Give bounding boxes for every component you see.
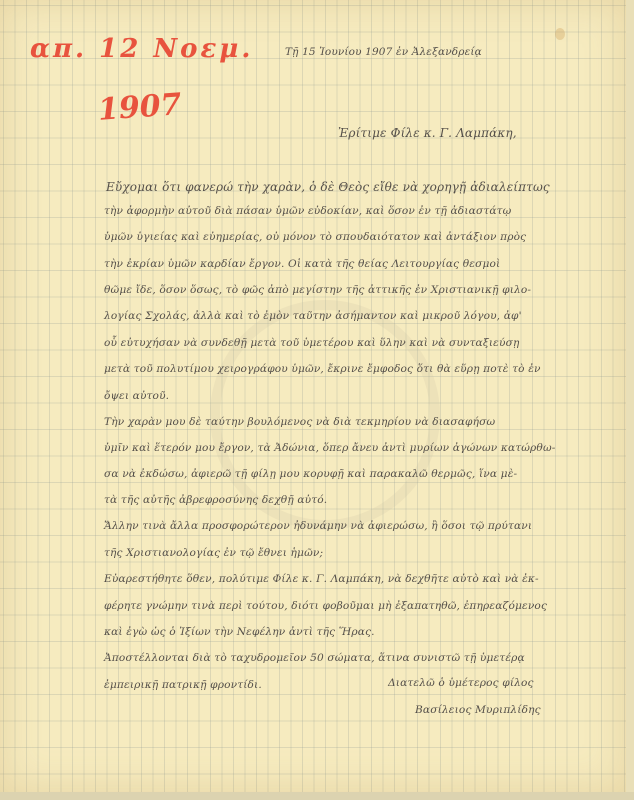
body-line: Ἀποστέλλονται διὰ τὸ ταχυδρομεῖον 50 σώμ…: [104, 652, 525, 664]
body-line: τῆς Χριστιανολογίας ἐν τῷ ἔθνει ἡμῶν;: [104, 547, 323, 559]
body-line: σα νὰ ἐκδώσω, ἀφιερῶ τῇ φίλῃ μου κορυφῇ …: [104, 468, 517, 480]
body-line: λογίας Σχολάς, ἀλλὰ καὶ τὸ ἐμὸν ταῦτην ἀ…: [104, 310, 522, 322]
body-line: θῶμε ἴδε, ὅσον ὅσως, τὸ φῶς ἀπὸ μεγίστην…: [104, 284, 531, 296]
body-line: τὴν ἐκρίαν ὑμῶν καρδίαν ἔργον. Οἱ κατὰ τ…: [104, 258, 500, 270]
body-line: τὰ τῆς αὐτῆς ἀβρεφροσύνης δεχθῇ αὐτό.: [104, 494, 327, 506]
body-line: ἐμπειρικῇ πατρικῇ φροντίδι.: [104, 679, 262, 691]
body-line: Τὴν χαρὰν μου δὲ ταύτην βουλόμενος νὰ δι…: [104, 416, 495, 428]
body-line: Εὐαρεστήθητε ὅθεν, πολύτιμε Φίλε κ. Γ. Λ…: [104, 573, 539, 585]
dateline: Τῇ 15 Ἰουνίου 1907 ἐν Ἀλεξανδρείᾳ: [285, 46, 482, 58]
body-line: ὑμῶν ὑγιείας καὶ εὐημερίας, οὐ μόνον τὸ …: [104, 231, 526, 243]
body-line: καὶ ἐγὼ ὡς ὁ Ἰξίων τὴν Νεφέλην ἀντὶ τῆς …: [104, 626, 375, 638]
red-annotation-date: απ. 12 Νοεμ.: [30, 34, 253, 64]
red-annotation-year: 1907: [97, 87, 183, 128]
page-edge-right: [626, 0, 634, 800]
body-line: Εὔχομαι ὅτι φανερώ τὴν χαρὰν, ὁ δὲ Θεὸς …: [106, 180, 550, 194]
salutation: Ἐρίτιμε Φίλε κ. Γ. Λαμπάκη,: [338, 126, 517, 140]
paper-stain: [555, 28, 565, 40]
body-line: Ἄλλην τινὰ ἄλλα προσφορώτερον ἠδυνάμην ν…: [104, 520, 532, 532]
page-edge-bottom: [0, 792, 634, 800]
letter-page: απ. 12 Νοεμ. 1907 Τῇ 15 Ἰουνίου 1907 ἐν …: [0, 0, 626, 792]
body-line: μετὰ τοῦ πολυτίμου χειρογράφου ὑμῶν, ἔκρ…: [104, 363, 541, 375]
signature: Βασίλειος Μυριπλίδης: [415, 704, 541, 716]
valediction: Διατελῶ ὁ ὑμέτερος φίλος: [388, 677, 534, 689]
body-line: ὄψει αὐτοῦ.: [104, 390, 169, 402]
body-line: φέρητε γνώμην τινὰ περὶ τούτου, διότι φο…: [104, 600, 547, 612]
body-line: οὗ εὐτυχήσαν νὰ συνδεθῇ μετὰ τοῦ ὑμετέρο…: [104, 337, 519, 349]
body-line: τὴν ἀφορμὴν αὐτοῦ διὰ πάσαν ὑμῶν εὐδοκία…: [104, 205, 511, 217]
body-line: ὑμῖν καὶ ἕτερόν μου ἔργον, τὰ Ἀδώνια, ὅπ…: [104, 442, 555, 454]
